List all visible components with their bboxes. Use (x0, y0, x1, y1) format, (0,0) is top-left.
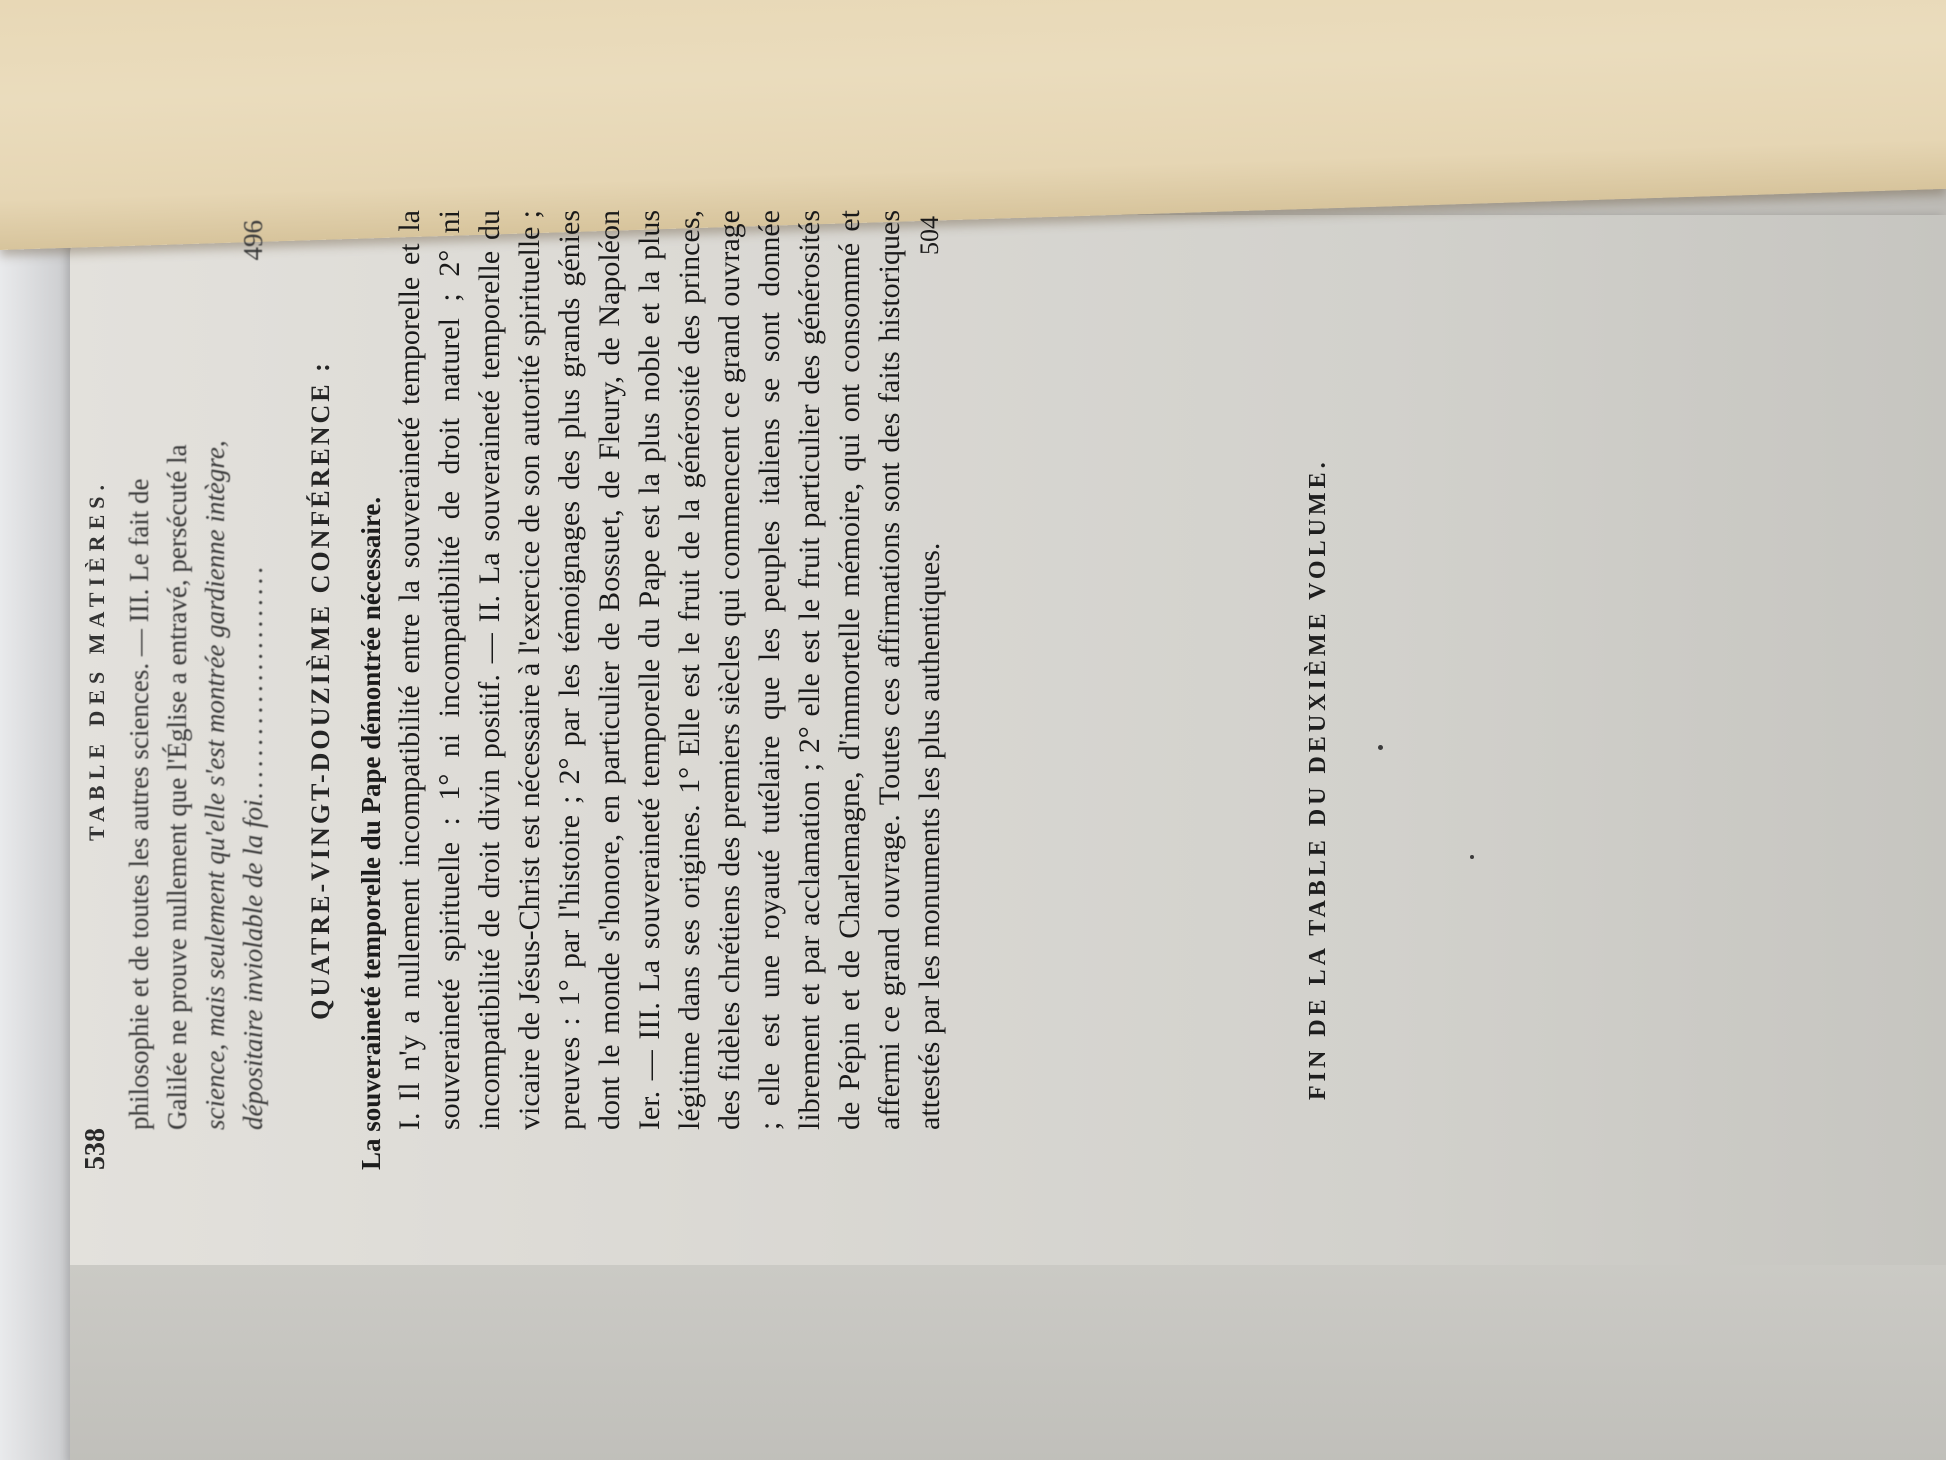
conference-title: QUATRE-VINGT-DOUZIÈME CONFÉRENCE : (306, 210, 336, 1170)
photo-scene: 538 TABLE DES MATIÈRES. philosophie et d… (0, 0, 1946, 1460)
previous-entry-line: dépositaire inviolable de la foi........… (234, 210, 272, 1130)
end-of-table-note: FIN DE LA TABLE DU DEUXIÈME VOLUME. (1305, 458, 1332, 1100)
previous-entry: philosophie et de toutes les autres scie… (120, 210, 272, 1130)
previous-entry-line: science, mais seulement qu'elle s'est mo… (196, 210, 234, 1130)
entry-body: I. Il n'y a nullement incompatibilité en… (390, 210, 950, 1130)
table-of-contents-text: 538 TABLE DES MATIÈRES. philosophie et d… (80, 210, 950, 1170)
entry-heading: La souveraineté temporelle du Pape démon… (352, 210, 390, 1170)
page-number: 538 (80, 1110, 112, 1170)
page-reference: 496 (234, 220, 272, 261)
running-title: TABLE DES MATIÈRES. (84, 210, 110, 1110)
previous-entry-line: Galilée ne prouve nullement que l'Église… (158, 210, 196, 1130)
paper-speck (1378, 745, 1383, 750)
page-edge (70, 1265, 1946, 1460)
previous-entry-line: philosophie et de toutes les autres scie… (120, 210, 158, 1130)
italic-fragment: science, mais seulement qu'elle s'est mo… (200, 440, 230, 1130)
paper-speck (1470, 855, 1474, 859)
running-head: 538 TABLE DES MATIÈRES. (80, 210, 120, 1170)
italic-fragment: dépositaire inviolable de la foi (238, 800, 268, 1130)
entry-body-text: I. Il n'y a nullement incompatibilité en… (393, 210, 946, 1130)
page-reference: 504 (910, 216, 950, 255)
leader-dots: ...................... (238, 563, 268, 800)
